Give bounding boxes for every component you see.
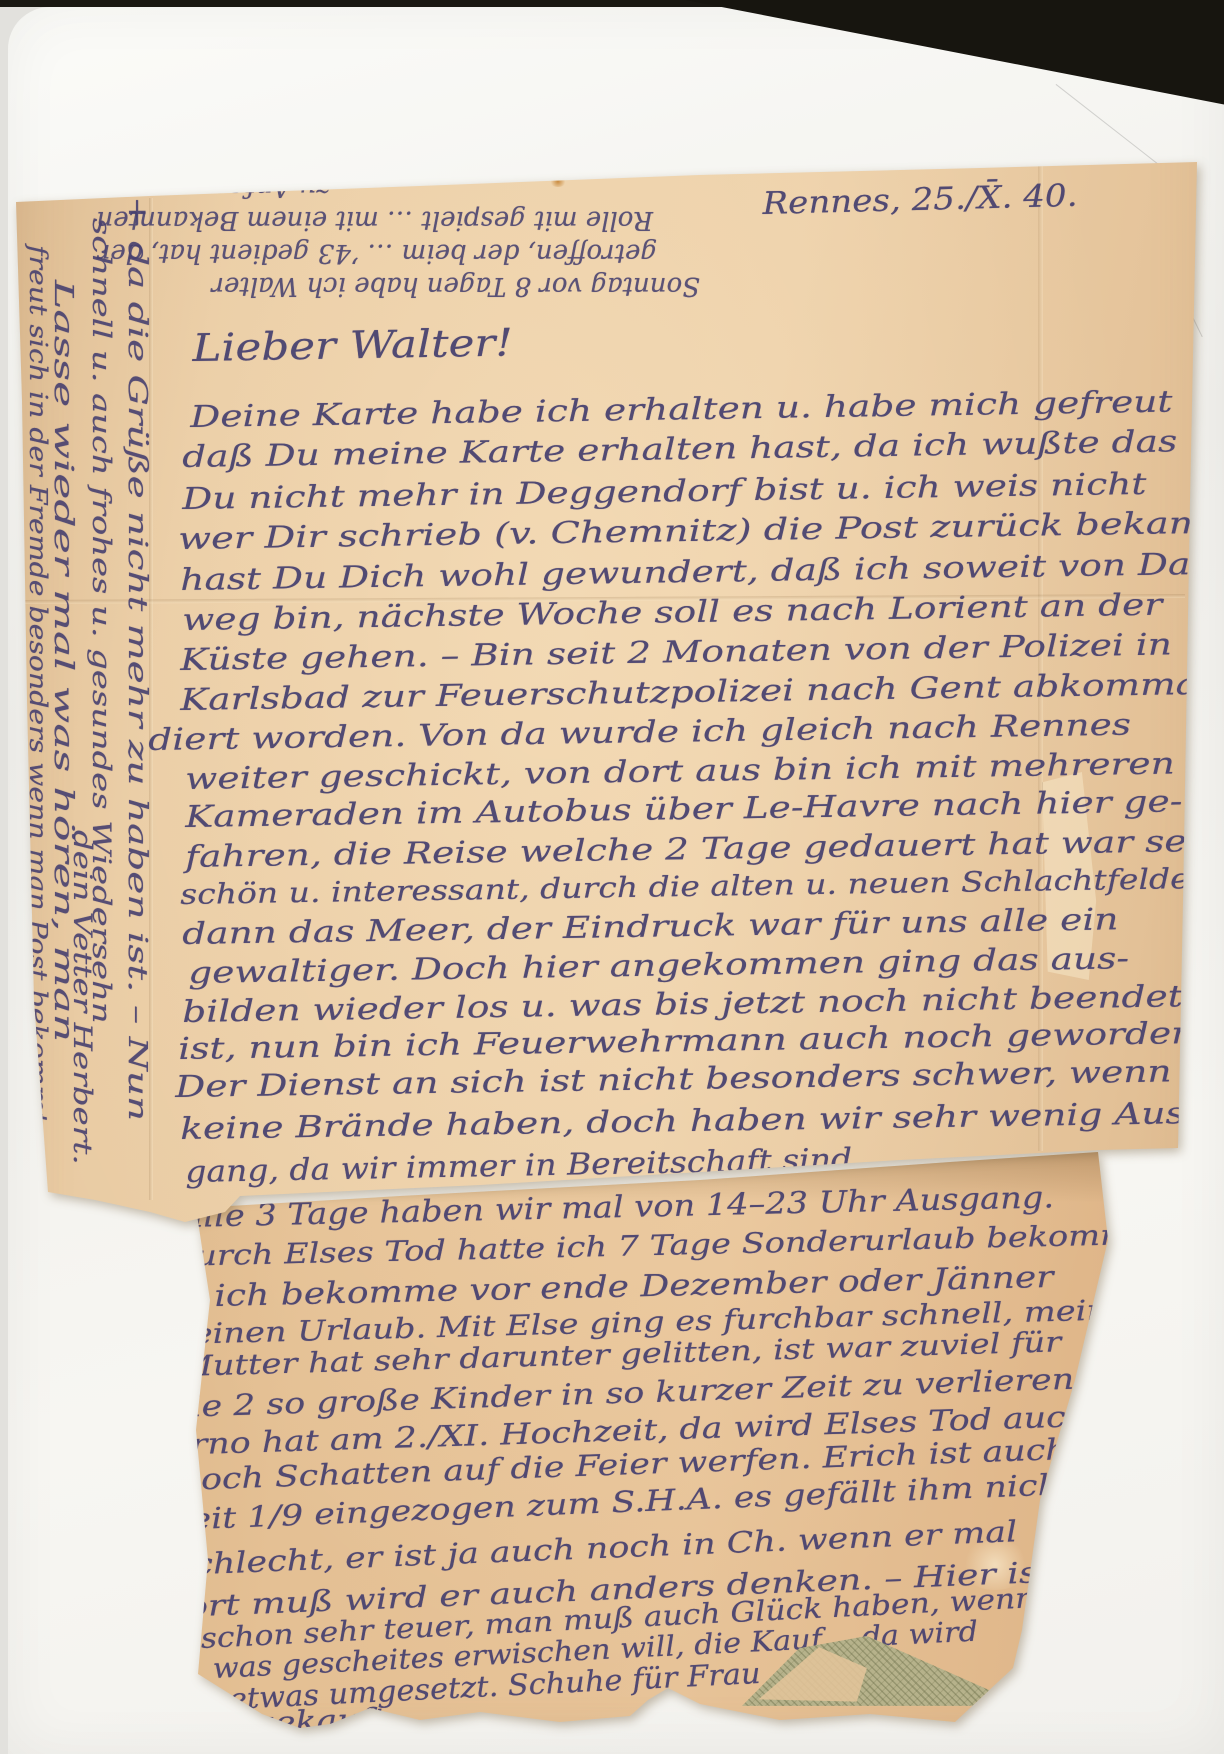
inverted-note-line: zu Anfang. — [160, 170, 330, 203]
inverted-note-line: getroffen, der beim … ’43 gedient hat, d… — [160, 236, 657, 269]
margin-note-line: + da die Grüße nicht mehr zu haben ist. … — [122, 196, 152, 1121]
letter-upper-sheet: Sonntag vor 8 Tagen habe ich Walter getr… — [0, 0, 1224, 1754]
margin-note-line: freut sich in der Fremde besonders wenn … — [24, 245, 52, 1133]
margin-note-line: Lasse wieder mal was hören, man — [48, 280, 78, 1042]
date-line: Rennes, 25./X̄. 40. — [762, 178, 1078, 222]
letter-scan: alle 3 Tage haben wir mal von 14–23 Uhr … — [0, 0, 1224, 1754]
handwriting-line: gang, da wir immer in Bereitschaft sind. — [185, 1142, 863, 1190]
inverted-note-line: Sonntag vor 8 Tagen habe ich Walter — [160, 269, 700, 302]
inverted-note-line: Rolle mit gespielt … mit einem Bekannten — [160, 203, 653, 236]
letter-upper-sheet-wrap: Sonntag vor 8 Tagen habe ich Walter getr… — [0, 0, 1224, 1754]
handwriting-line: keine Brände haben, doch haben wir sehr … — [180, 1096, 1198, 1147]
salutation: Lieber Walter! — [192, 320, 513, 370]
